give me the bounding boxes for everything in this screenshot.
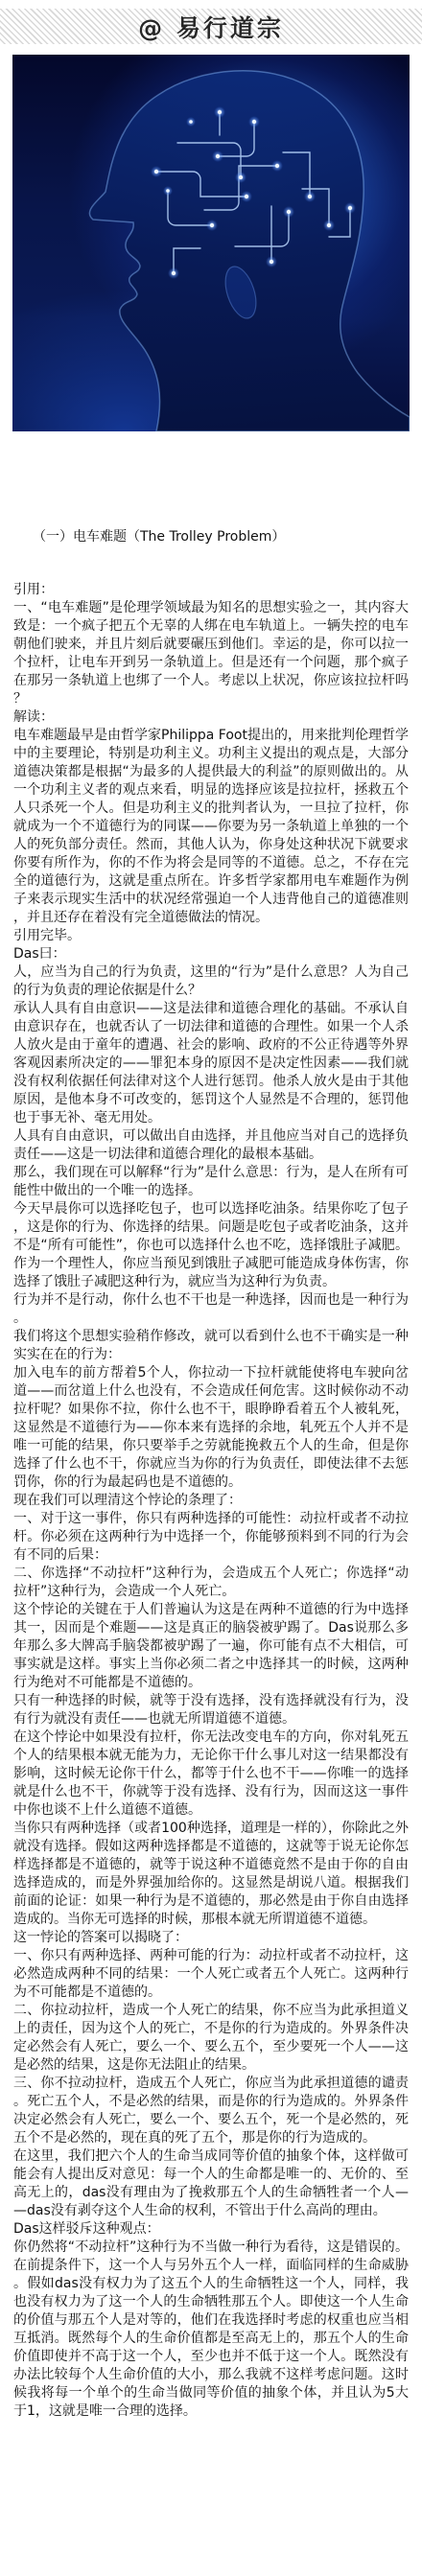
article-body: 引用：一、“电车难题”是伦理学领域最为知名的思想实验之一，其内容大致是：一个疯子… bbox=[13, 581, 409, 2421]
article-paragraph: 一、对于这一事件，你只有两种选择的可能性：动拉杆或者不动拉杆。你必须在这两种行为… bbox=[13, 1510, 409, 1565]
article-paragraph: 今天早晨你可以选择吃包子，也可以选择吃油条。结果你吃了包子，这是你的行为、你选择… bbox=[13, 1200, 409, 1291]
article-paragraph: 一、“电车难题”是伦理学领域最为知名的思想实验之一，其内容大致是：一个疯子把五个… bbox=[13, 599, 409, 708]
article-paragraph: 三、你不拉动拉杆，造成五个人死亡，你应当为此承担道德的谴责。死亡五个人，不是必然… bbox=[13, 2075, 409, 2147]
masthead-banner: @ 易行道宗 bbox=[0, 9, 422, 44]
article-paragraph: 现在我们可以理清这个悖论的条理了： bbox=[13, 1492, 409, 1510]
article-paragraph: 你仍然将“不动拉杆”这种行为不当做一种行为看待，这是错误的。在前提条件下，这一个… bbox=[13, 2239, 409, 2421]
author-handle: @ 易行道宗 bbox=[138, 10, 284, 44]
article-paragraph: 当你只有两种选择（或者100种选择，道理是一样的），你除此之外就没有选择。假如这… bbox=[13, 1820, 409, 1929]
article-paragraph: 人，应当为自己的行为负责，这里的“行为”是什么意思？人为自己的行为负责的理论依据… bbox=[13, 963, 409, 1000]
article-paragraph: 只有一种选择的时候，就等于没有选择，没有选择就没有行为，没有行为就没有责任——也… bbox=[13, 1692, 409, 1729]
article-paragraph: 承认人具有自由意识——这是法律和道德合理化的基础。不承认自由意识存在，也就否认了… bbox=[13, 1000, 409, 1127]
article-paragraph: 行为并不是行动，你什么也不干也是一种选择，因而也是一种行为。 bbox=[13, 1291, 409, 1328]
article-paragraph: 人具有自由意识，可以做出自由选择，并且他应当对自己的选择负责任——这是一切法律和… bbox=[13, 1127, 409, 1164]
article-paragraph: 解读： bbox=[13, 708, 409, 727]
article-paragraph: 引用： bbox=[13, 581, 409, 599]
article-page: @ 易行道宗 bbox=[0, 0, 422, 2576]
article-paragraph: 二、你拉动拉杆，造成一个人死亡的结果，你不应当为此承担道义上的责任，因为这个人的… bbox=[13, 2002, 409, 2075]
article-paragraph: Das曰： bbox=[13, 945, 409, 963]
article-paragraph: 一、你只有两种选择、两种可能的行为：动拉杆或者不动拉杆，这必然造成两种不同的结果… bbox=[13, 1947, 409, 2002]
article-title: （一）电车难题（The Trolley Problem） bbox=[13, 528, 422, 546]
article-paragraph: 在这里，我们把六个人的生命当成同等价值的抽象个体，这样做可能会有人提出反对意见：… bbox=[13, 2147, 409, 2220]
article-paragraph: 电车难题最早是由哲学家Philippa Foot提出的，用来批判伦理哲学中的主要… bbox=[13, 727, 409, 927]
article-paragraph: 在这个悖论中如果没有拉杆，你无法改变电车的方向，你对轧死五个人的结果根本就无能为… bbox=[13, 1729, 409, 1820]
hero-image bbox=[12, 55, 410, 431]
article-paragraph: 这一悖论的答案可以揭晓了： bbox=[13, 1929, 409, 1947]
article-paragraph: 这个悖论的关键在于人们普遍认为这是在两种不道德的行为中选择其一，因而是个难题——… bbox=[13, 1601, 409, 1692]
article-paragraph: 那么，我们现在可以解释“行为”是什么意思：行为，是人在所有可能性中做出的一个唯一… bbox=[13, 1164, 409, 1200]
article-paragraph: 引用完毕。 bbox=[13, 927, 409, 945]
article-paragraph: 加入电车的前方帮着5个人，你拉动一下拉杆就能使将电车驶向岔道——而岔道上什么也没… bbox=[13, 1364, 409, 1492]
article-paragraph: Das这样驳斥这种观点： bbox=[13, 2220, 409, 2239]
article-paragraph: 二、你选择“不动拉杆”这种行为，会造成五个人死亡；你选择“动拉杆”这种行为，会造… bbox=[13, 1565, 409, 1601]
brain-circuit-illustration bbox=[12, 55, 410, 431]
article-paragraph: 我们将这个思想实验稍作修改，就可以看到什么也不干确实是一种实实在在的行为： bbox=[13, 1328, 409, 1364]
